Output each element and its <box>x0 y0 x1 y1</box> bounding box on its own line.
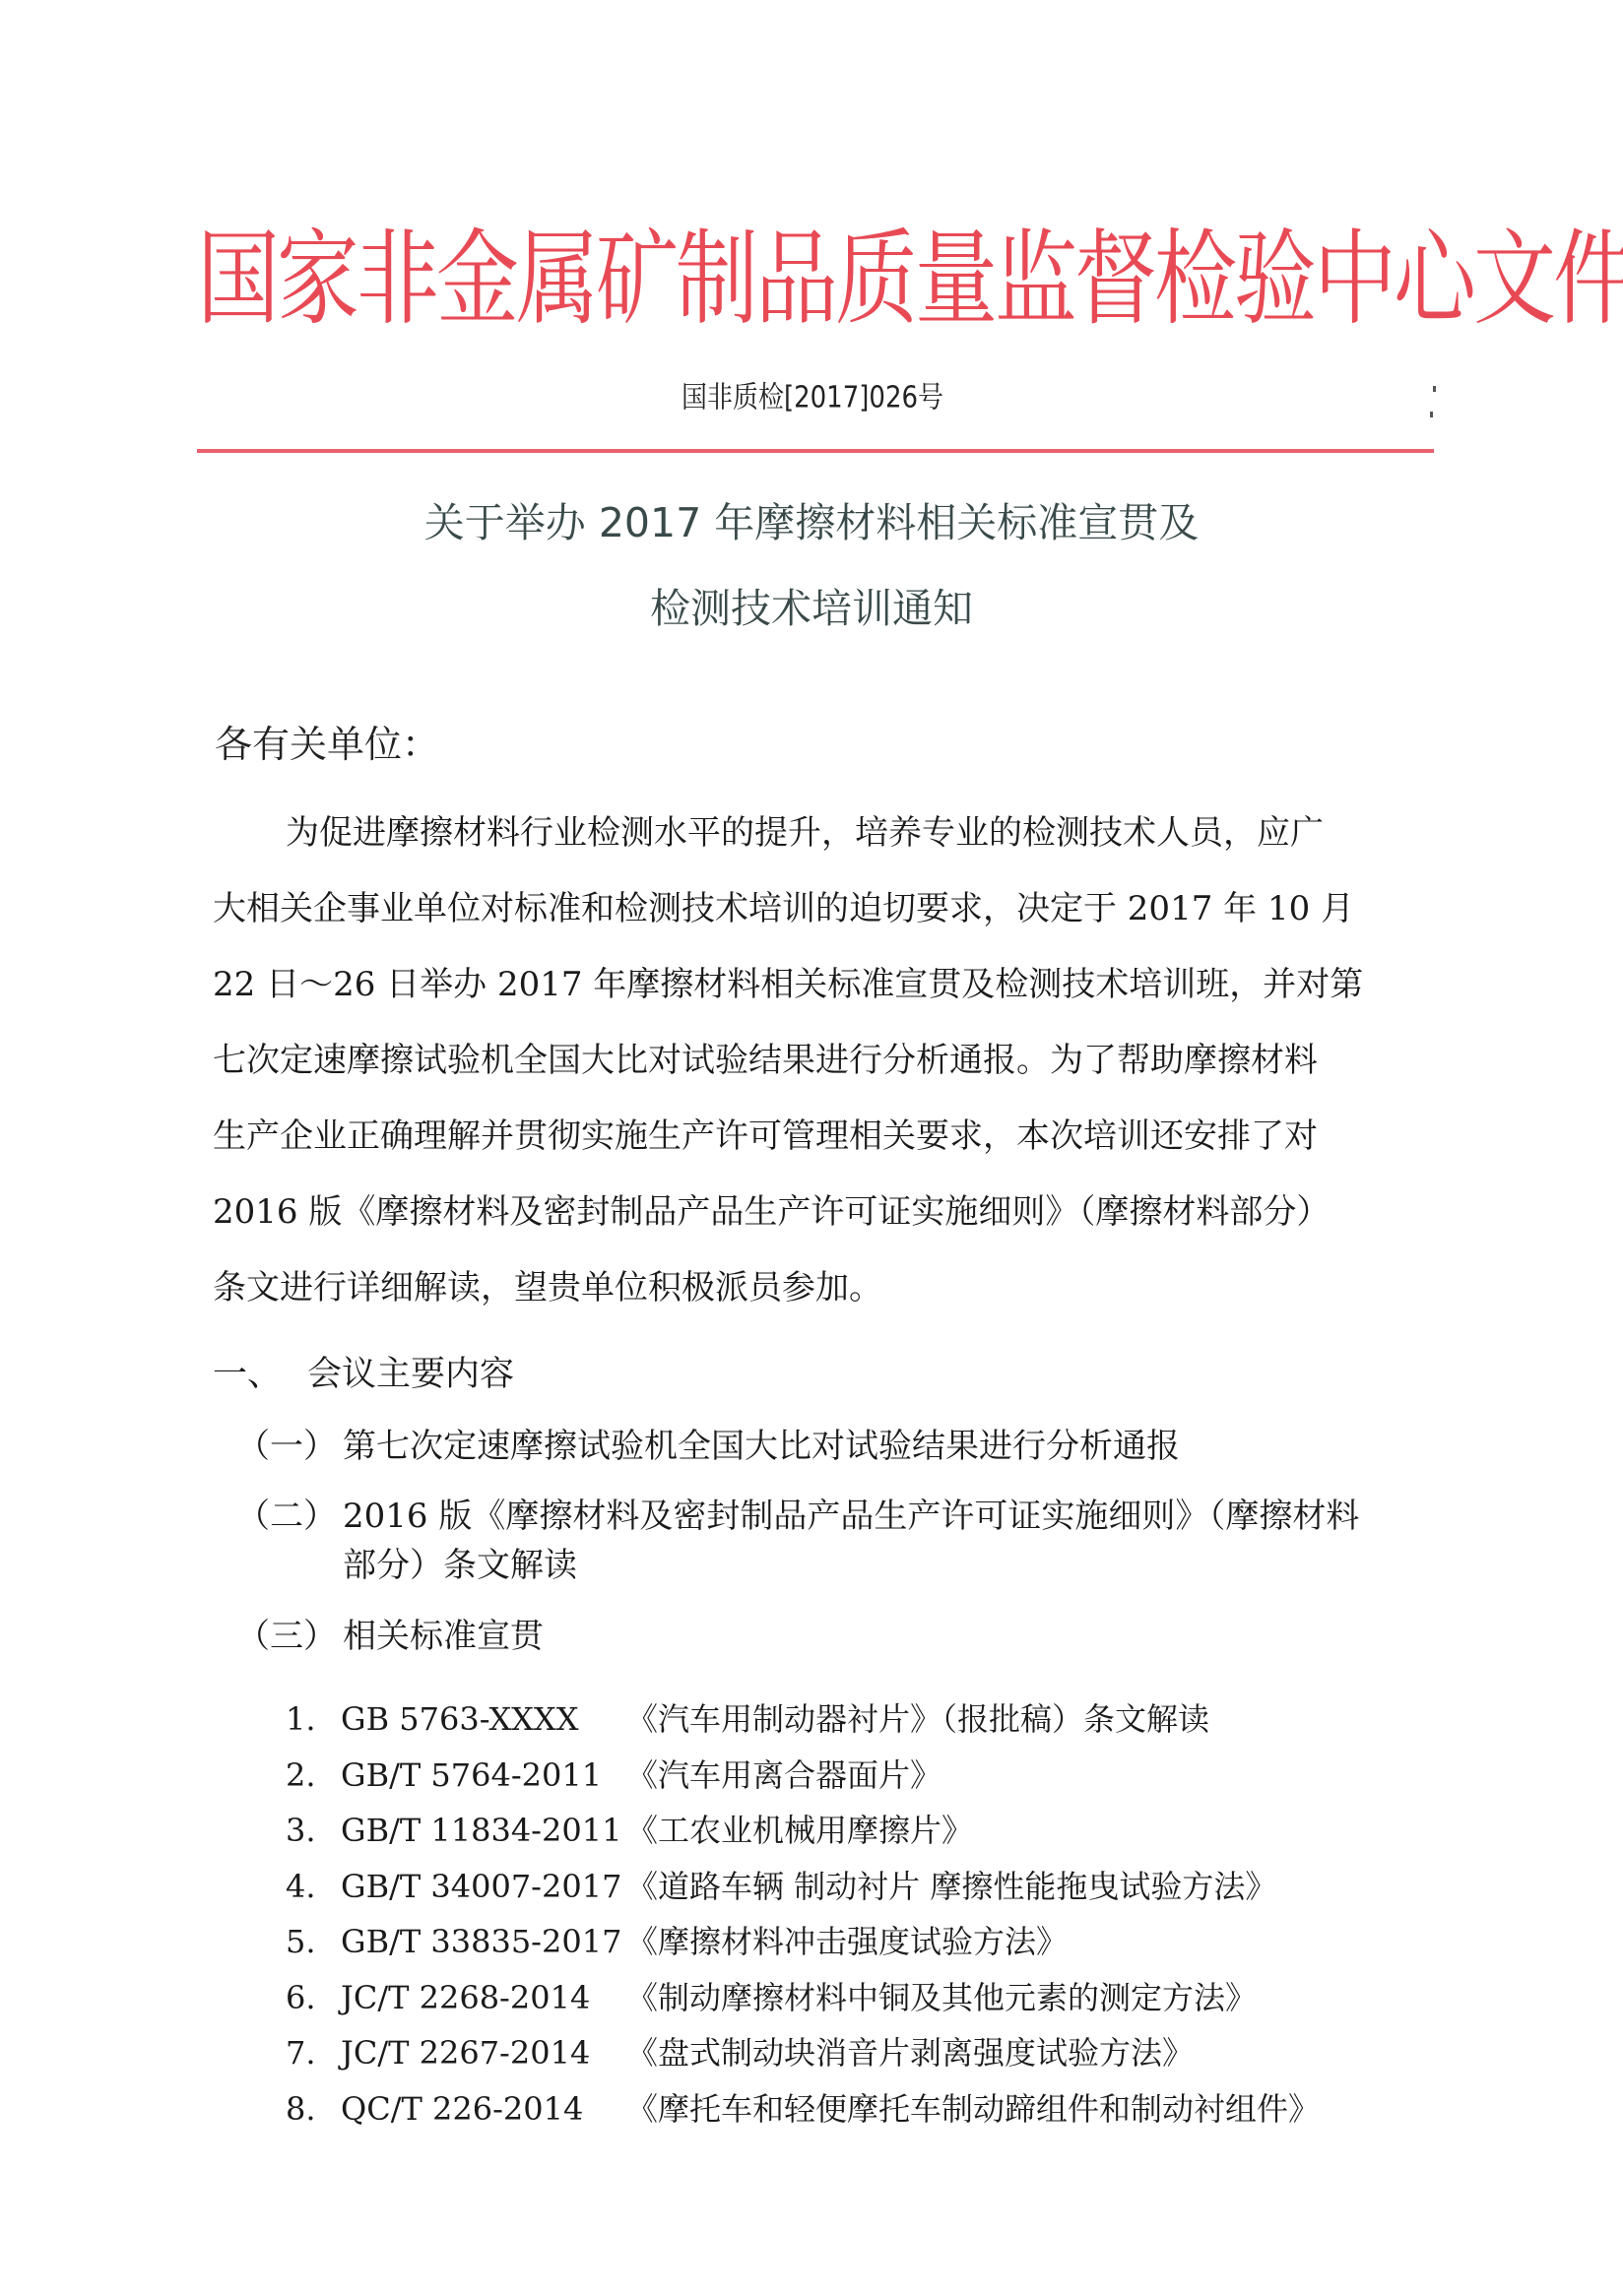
section-number: 一、 <box>213 1347 307 1396</box>
standard-code: QC/T 226-2014 <box>341 2081 626 2137</box>
standard-item: 7.JC/T 2267-2014《盘式制动块消音片剥离强度试验方法》 <box>286 2025 1320 2081</box>
standard-index: 5. <box>286 1914 341 1970</box>
paragraph-line: 22 日～26 日举办 2017 年摩擦材料相关标准宣贯及检测技术培训班，并对第 <box>213 947 1493 1023</box>
notice-title-line-1: 关于举办 2017 年摩擦材料相关标准宣贯及 <box>295 490 1328 548</box>
standard-code: JC/T 2267-2014 <box>341 2025 626 2081</box>
standard-name: 《盘式制动块消音片剥离强度试验方法》 <box>626 2025 1194 2081</box>
org-title: 国家非金属矿制品质量监督检验中心文件 <box>197 199 1438 359</box>
subsection-item: （二）2016 版《摩擦材料及密封制品产品生产许可证实施细则》（摩擦材料 部分）… <box>236 1492 1507 1590</box>
body-paragraph: 为促进摩擦材料行业检测水平的提升，培养专业的检测技术人员，应广 大相关企事业单位… <box>213 796 1493 1326</box>
paragraph-line: 大相关企事业单位对标准和检测技术培训的迫切要求，决定于 2017 年 10 月 <box>213 871 1493 947</box>
paragraph-line: 2016 版《摩擦材料及密封制品产品生产许可证实施细则》（摩擦材料部分） <box>213 1175 1493 1250</box>
subsection-label: （二） <box>236 1492 343 1541</box>
standard-code: GB 5763-XXXX <box>341 1691 626 1748</box>
standard-name: 《道路车辆 制动衬片 摩擦性能拖曳试验方法》 <box>626 1859 1276 1915</box>
standard-item: 5.GB/T 33835-2017《摩擦材料冲击强度试验方法》 <box>286 1914 1320 1970</box>
standard-item: 3.GB/T 11834-2011《工农业机械用摩擦片》 <box>286 1803 1320 1859</box>
section-heading: 一、会议主要内容 <box>213 1347 514 1396</box>
standard-index: 6. <box>286 1970 341 2026</box>
paragraph-line: 七次定速摩擦试验机全国大比对试验结果进行分析通报。为了帮助摩擦材料 <box>213 1023 1493 1099</box>
standards-list: 1.GB 5763-XXXX《汽车用制动器衬片》（报批稿）条文解读 2.GB/T… <box>286 1691 1320 2137</box>
subsection-label: （三） <box>236 1612 343 1661</box>
section-title: 会议主要内容 <box>307 1355 514 1394</box>
salutation: 各有关单位： <box>215 714 439 768</box>
standard-code: GB/T 34007-2017 <box>341 1859 626 1915</box>
subsection-text: 第七次定速摩擦试验机全国大比对试验结果进行分析通报 <box>343 1427 1180 1466</box>
standard-index: 1. <box>286 1691 341 1748</box>
standard-index: 3. <box>286 1803 341 1859</box>
standard-code: JC/T 2268-2014 <box>341 1970 626 2026</box>
red-divider <box>197 449 1434 453</box>
standard-item: 4.GB/T 34007-2017《道路车辆 制动衬片 摩擦性能拖曳试验方法》 <box>286 1859 1320 1915</box>
standard-index: 7. <box>286 2025 341 2081</box>
standard-item: 6.JC/T 2268-2014《制动摩擦材料中铜及其他元素的测定方法》 <box>286 1970 1320 2026</box>
standard-name: 《工农业机械用摩擦片》 <box>626 1803 973 1859</box>
standard-name: 《汽车用制动器衬片》（报批稿）条文解读 <box>626 1691 1209 1748</box>
standard-name: 《摩托车和轻便摩托车制动蹄组件和制动衬组件》 <box>626 2081 1320 2137</box>
standard-index: 8. <box>286 2081 341 2137</box>
standard-name: 《汽车用离合器面片》 <box>626 1748 941 1804</box>
standard-code: GB/T 5764-2011 <box>341 1748 626 1804</box>
standard-item: 8.QC/T 226-2014《摩托车和轻便摩托车制动蹄组件和制动衬组件》 <box>286 2081 1320 2137</box>
notice-title-line-2: 检测技术培训通知 <box>295 576 1328 634</box>
standard-code: GB/T 33835-2017 <box>341 1914 626 1970</box>
standard-item: 1.GB 5763-XXXX《汽车用制动器衬片》（报批稿）条文解读 <box>286 1691 1320 1748</box>
scan-speck <box>1430 412 1433 417</box>
standard-code: GB/T 11834-2011 <box>341 1803 626 1859</box>
subsection-item: （一）第七次定速摩擦试验机全国大比对试验结果进行分析通报 <box>236 1422 1507 1471</box>
subsection-item: （三）相关标准宣贯 <box>236 1612 1507 1661</box>
standard-item: 2.GB/T 5764-2011《汽车用离合器面片》 <box>286 1748 1320 1804</box>
paragraph-line: 为促进摩擦材料行业检测水平的提升，培养专业的检测技术人员，应广 <box>213 796 1493 871</box>
standard-index: 2. <box>286 1748 341 1804</box>
paragraph-line: 生产企业正确理解并贯彻实施生产许可管理相关要求，本次培训还安排了对 <box>213 1099 1493 1175</box>
standard-name: 《制动摩擦材料中铜及其他元素的测定方法》 <box>626 1970 1257 2026</box>
scan-speck <box>1433 386 1436 392</box>
paragraph-line: 条文进行详细解读，望贵单位积极派员参加。 <box>213 1250 1493 1326</box>
standard-index: 4. <box>286 1859 341 1915</box>
standard-name: 《摩擦材料冲击强度试验方法》 <box>626 1914 1068 1970</box>
document-page: 国家非金属矿制品质量监督检验中心文件 国非质检[2017]026号 关于举办 2… <box>0 0 1623 2296</box>
document-number: 国非质检[2017]026号 <box>591 374 1034 416</box>
subsection-text: 相关标准宣贯 <box>343 1617 544 1656</box>
subsection-text: 2016 版《摩擦材料及密封制品产品生产许可证实施细则》（摩擦材料 <box>343 1497 1359 1536</box>
subsection-label: （一） <box>236 1422 343 1471</box>
subsection-continuation: 部分）条文解读 <box>236 1541 1507 1590</box>
